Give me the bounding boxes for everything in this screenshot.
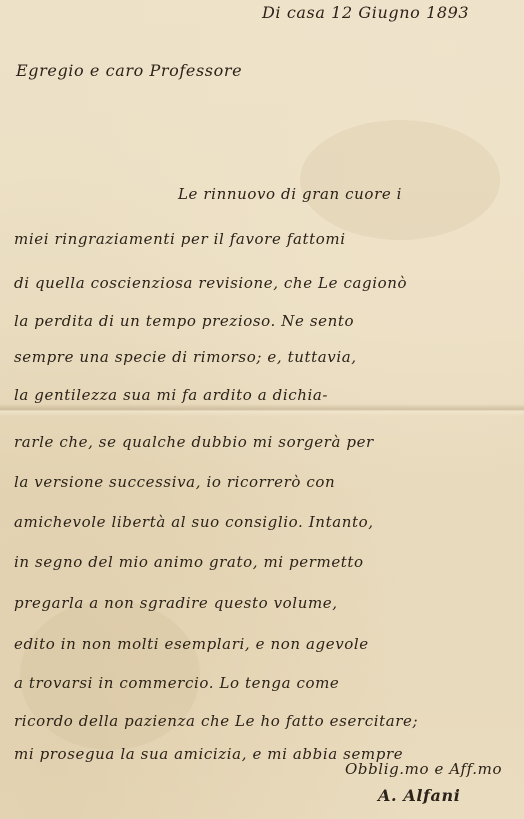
body-line: rarle che, se qualche dubbio mi sorgerà … [14,433,374,451]
body-line: sempre una specie di rimorso; e, tuttavi… [14,348,357,366]
body-line: miei ringraziamenti per il favore fattom… [14,230,346,248]
body-line: di quella coscienziosa revisione, che Le… [14,274,407,292]
letter-closing: Obblig.mo e Aff.mo [345,760,502,778]
letter-dateline: Di casa 12 Giugno 1893 [262,4,469,22]
paper-fold-line [0,404,524,416]
letter-page: Di casa 12 Giugno 1893 Egregio e caro Pr… [0,0,524,819]
paper-stain [300,120,500,240]
body-line: edito in non molti esemplari, e non agev… [14,635,369,653]
body-line: ricordo della pazienza che Le ho fatto e… [14,712,418,730]
body-line: la versione successiva, io ricorrerò con [14,473,335,491]
body-line: Le rinnuovo di gran cuore i [178,185,402,203]
body-line: pregarla a non sgradire questo volume, [14,594,338,612]
letter-signature: A. Alfani [378,787,460,805]
body-line: in segno del mio animo grato, mi permett… [14,553,364,571]
body-line: la perdita di un tempo prezioso. Ne sent… [14,312,354,330]
body-line: a trovarsi in commercio. Lo tenga come [14,674,339,692]
body-line: la gentilezza sua mi fa ardito a dichia- [14,386,328,404]
body-line: amichevole libertà al suo consiglio. Int… [14,513,374,531]
letter-salutation: Egregio e caro Professore [16,62,242,80]
